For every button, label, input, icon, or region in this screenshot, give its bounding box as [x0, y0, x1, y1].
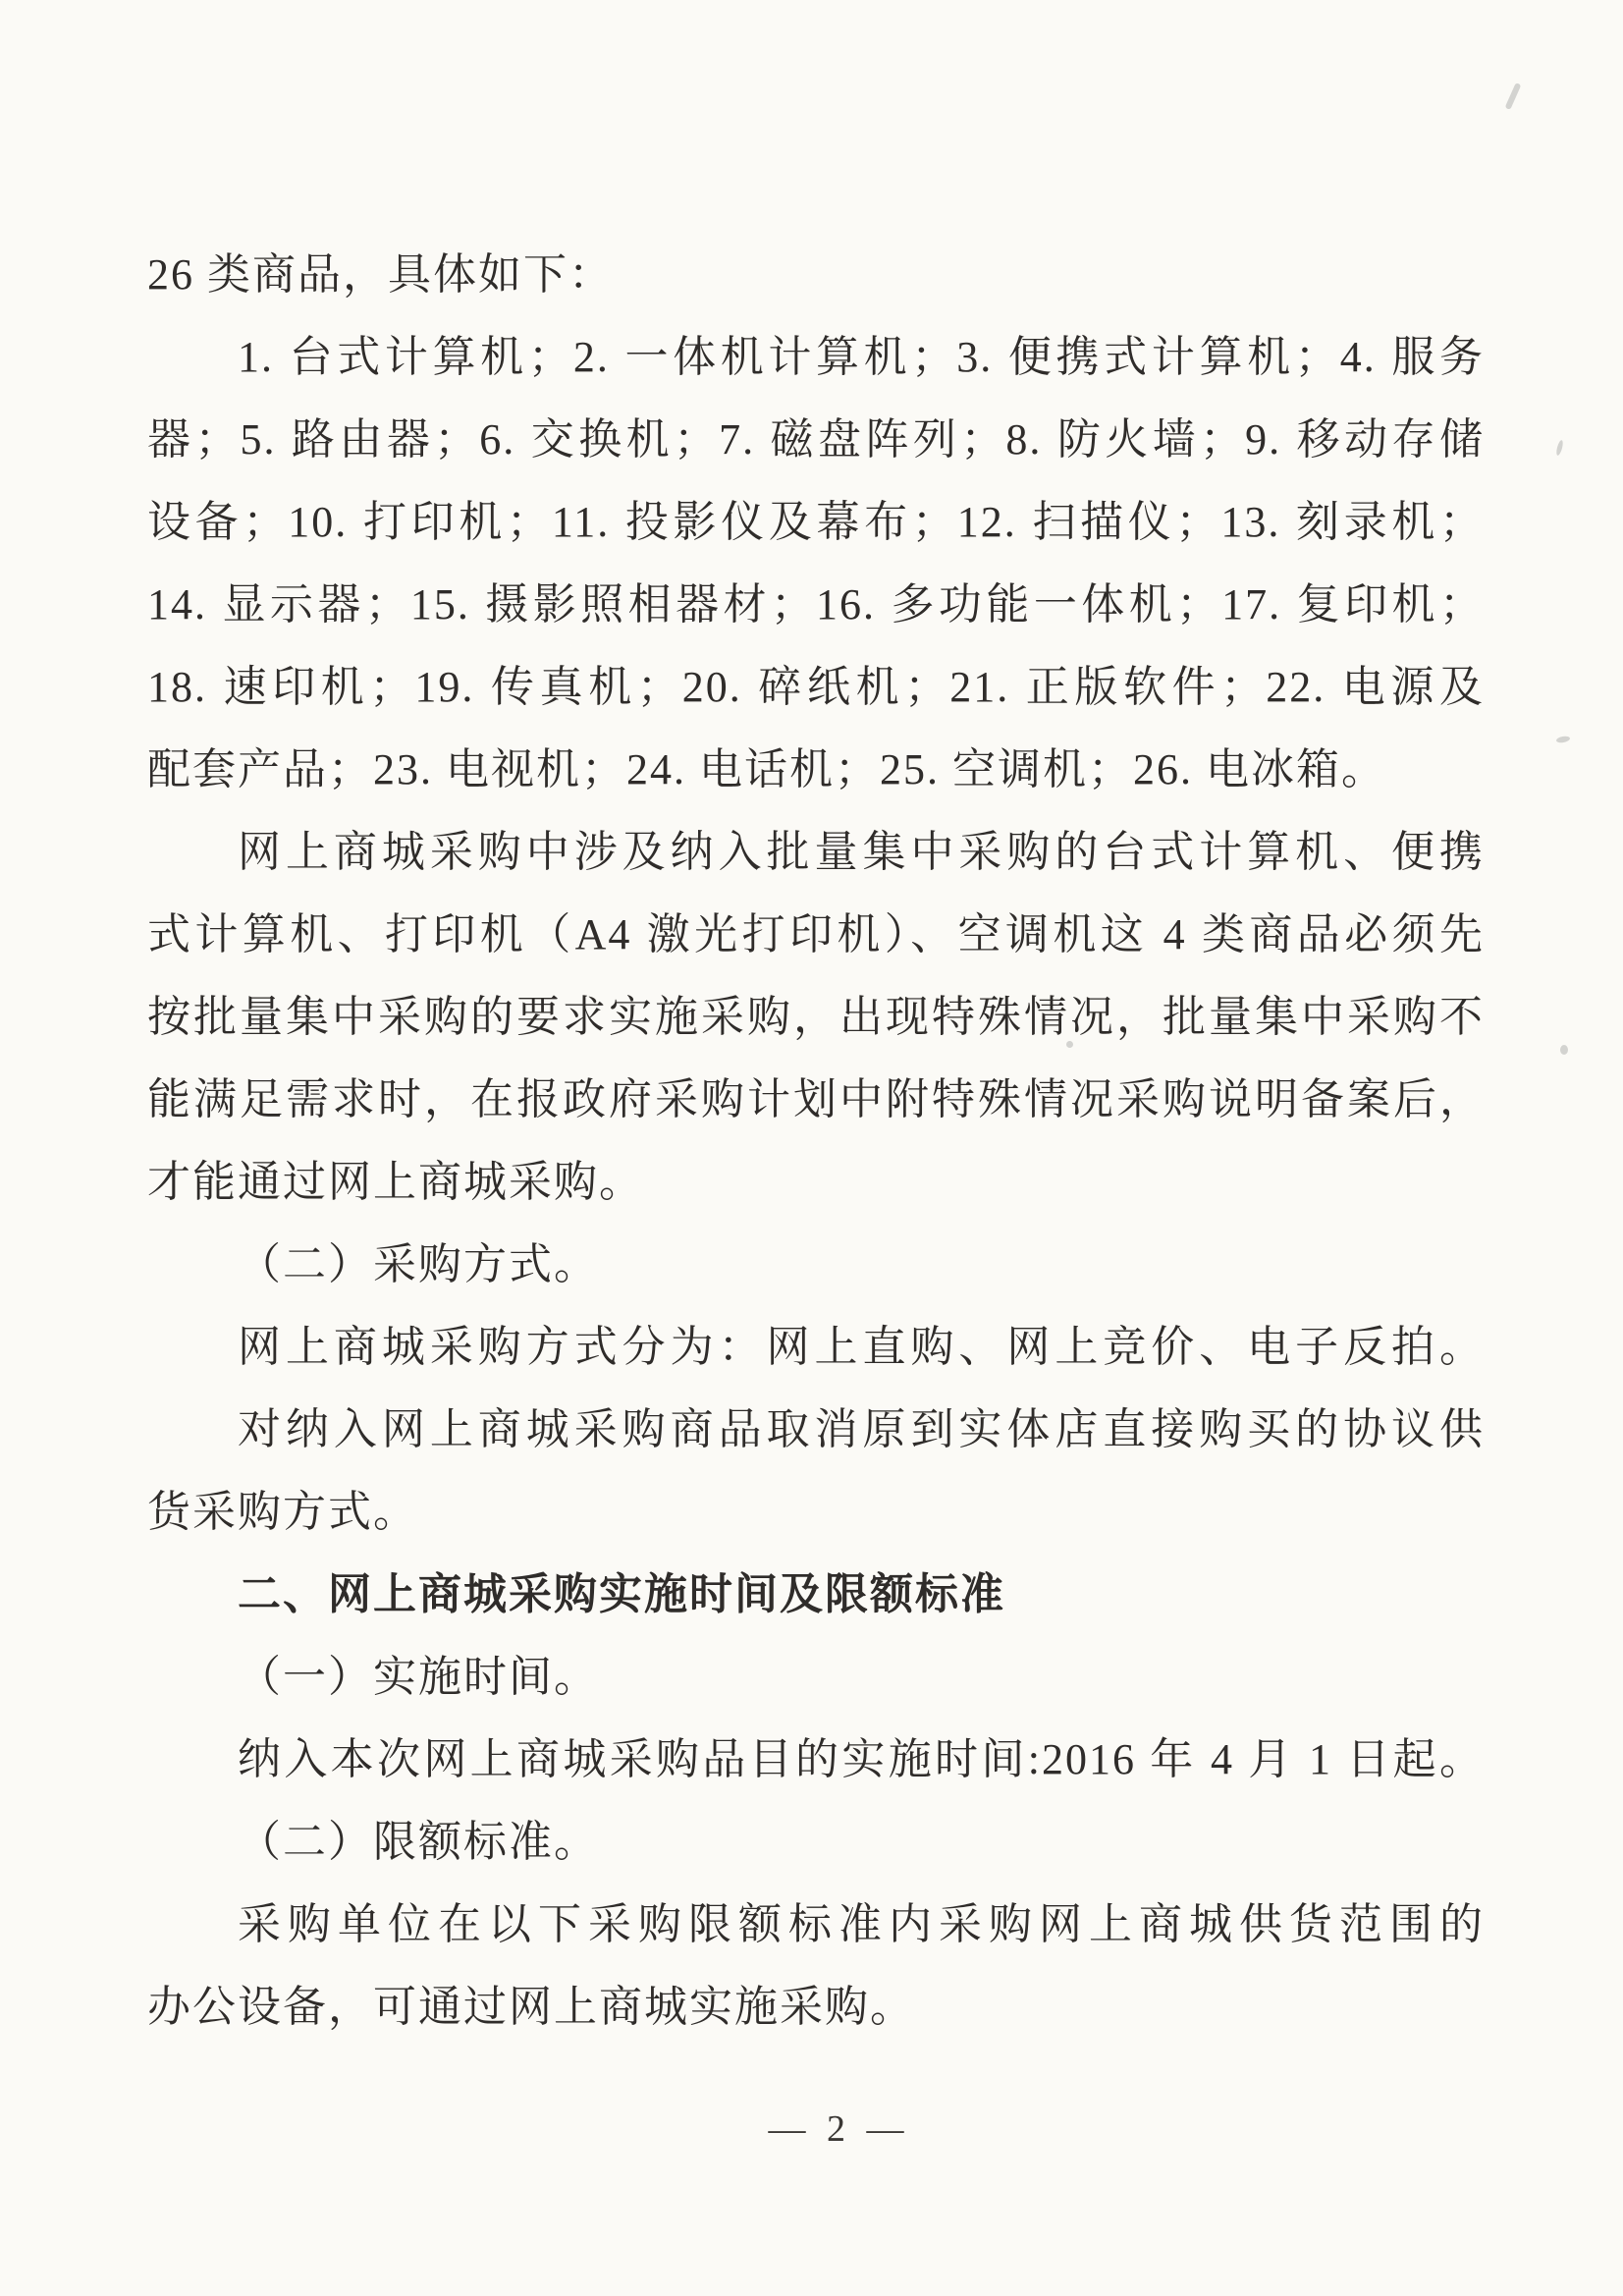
text-line: 网上商城采购方式分为：网上直购、网上竞价、电子反拍。 [147, 1306, 1485, 1389]
text-line: 才能通过网上商城采购。 [147, 1141, 1485, 1224]
text-line: 按批量集中采购的要求实施采购，出现特殊情况，批量集中采购不 [147, 976, 1485, 1059]
scanned-page: 26 类商品，具体如下： 1. 台式计算机；2. 一体机计算机；3. 便携式计算… [0, 0, 1623, 2296]
text-line: 网上商城采购中涉及纳入批量集中采购的台式计算机、便携 [147, 811, 1485, 894]
page-number: — 2 — [27, 2102, 1623, 2157]
text-line: 能满足需求时，在报政府采购计划中附特殊情况采购说明备案后， [147, 1059, 1485, 1141]
scan-speck [1555, 440, 1564, 457]
text-line: 对纳入网上商城采购商品取消原到实体店直接购买的协议供 [147, 1389, 1485, 1471]
text-line: 器；5. 路由器；6. 交换机；7. 磁盘阵列；8. 防火墙；9. 移动存储 [147, 399, 1485, 481]
section-heading: 二、网上商城采购实施时间及限额标准 [147, 1554, 1485, 1636]
text-line: 14. 显示器；15. 摄影照相器材；16. 多功能一体机；17. 复印机； [147, 564, 1485, 646]
text-line: 配套产品；23. 电视机；24. 电话机；25. 空调机；26. 电冰箱。 [147, 729, 1485, 811]
scan-speck [1066, 1041, 1073, 1048]
text-line: 纳入本次网上商城采购品目的实施时间:2016 年 4 月 1 日起。 [147, 1719, 1485, 1801]
text-line: 26 类商品，具体如下： [147, 234, 1485, 316]
text-line: 采购单位在以下采购限额标准内采购网上商城供货范围的 [147, 1884, 1485, 1966]
text-line: 18. 速印机；19. 传真机；20. 碎纸机；21. 正版软件；22. 电源及 [147, 646, 1485, 729]
text-line: （二）采购方式。 [147, 1224, 1485, 1306]
text-line: （二）限额标准。 [147, 1801, 1485, 1884]
scan-speck [1505, 82, 1522, 110]
text-line: 设备；10. 打印机；11. 投影仪及幕布；12. 扫描仪；13. 刻录机； [147, 481, 1485, 564]
document-text: 26 类商品，具体如下： 1. 台式计算机；2. 一体机计算机；3. 便携式计算… [147, 234, 1485, 2049]
text-line: （一）实施时间。 [147, 1636, 1485, 1719]
text-line: 货采购方式。 [147, 1471, 1485, 1554]
text-line: 办公设备，可通过网上商城实施采购。 [147, 1966, 1485, 2049]
text-line: 式计算机、打印机（A4 激光打印机）、空调机这 4 类商品必须先 [147, 894, 1485, 976]
scan-speck [1556, 736, 1571, 743]
text-line: 1. 台式计算机；2. 一体机计算机；3. 便携式计算机；4. 服务 [147, 316, 1485, 399]
scan-speck [1560, 1045, 1568, 1055]
